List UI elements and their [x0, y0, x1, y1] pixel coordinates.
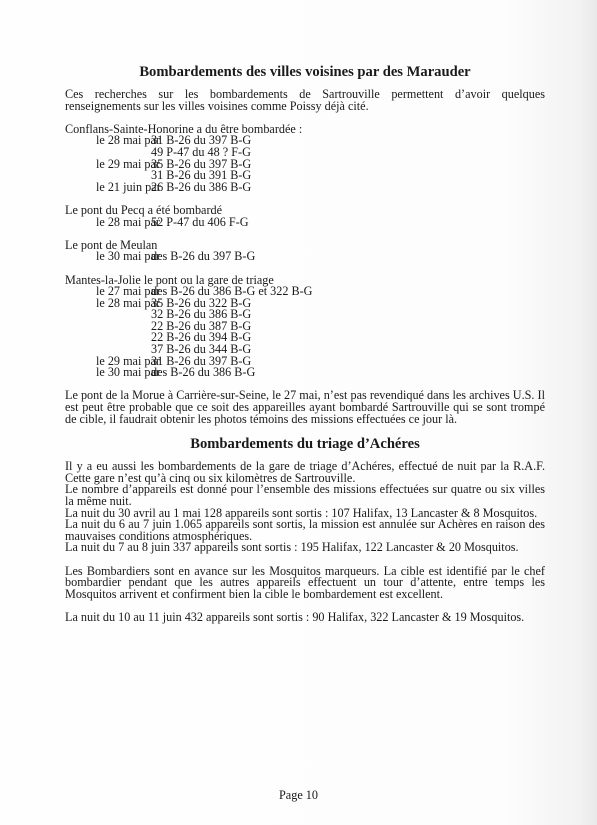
section2-paragraph1: Il y a eu aussi les bombardements de la … [65, 461, 545, 554]
list-item: le 30 mai pardes B-26 du 386 B-G [65, 367, 545, 379]
group-meulan: Le pont de Meulan le 30 mai pardes B-26 … [65, 240, 545, 263]
section1-intro: Ces recherches sur les bombardements de … [65, 89, 545, 112]
list-item: 22 B-26 du 394 B-G [65, 332, 545, 344]
group-mantes: Mantes-la-Jolie le pont ou la gare de tr… [65, 275, 545, 379]
paragraph-line: Le nombre d’appareils est donné pour l’e… [65, 484, 545, 507]
page-number: Page 10 [0, 788, 597, 803]
list-item: 32 B-26 du 386 B-G [65, 309, 545, 321]
section2-paragraph3: La nuit du 10 au 11 juin 432 appareils s… [65, 612, 545, 624]
section2-title: Bombardements du triage d’Achéres [65, 435, 545, 453]
list-item: le 28 mai par31 B-26 du 397 B-G [65, 135, 545, 147]
section1-closing: Le pont de la Morue à Carrière-sur-Seine… [65, 390, 545, 425]
page-content: Bombardements des villes voisines par de… [65, 63, 545, 624]
list-item: le 29 mai par35 B-26 du 397 B-G [65, 159, 545, 171]
list-item: 22 B-26 du 387 B-G [65, 321, 545, 333]
group-pecq: Le pont du Pecq a été bombardé le 28 mai… [65, 205, 545, 228]
section2-paragraph2: Les Bombardiers sont en avance sur les M… [65, 566, 545, 601]
paragraph-line: La nuit du 6 au 7 juin 1.065 appareils s… [65, 519, 545, 542]
section1-title: Bombardements des villes voisines par de… [65, 63, 545, 81]
list-item: le 21 juin par26 B-26 du 386 B-G [65, 182, 545, 194]
group-conflans: Conflans-Sainte-Honorine a du être bomba… [65, 124, 545, 194]
paragraph-line: La nuit du 7 au 8 juin 337 appareils son… [65, 542, 545, 554]
document-page: Bombardements des villes voisines par de… [0, 0, 597, 825]
list-item: le 28 mai par35 B-26 du 322 B-G [65, 298, 545, 310]
paragraph-line: Il y a eu aussi les bombardements de la … [65, 461, 545, 484]
list-item: le 28 mai par52 P-47 du 406 F-G [65, 217, 545, 229]
list-item: le 30 mai pardes B-26 du 397 B-G [65, 251, 545, 263]
